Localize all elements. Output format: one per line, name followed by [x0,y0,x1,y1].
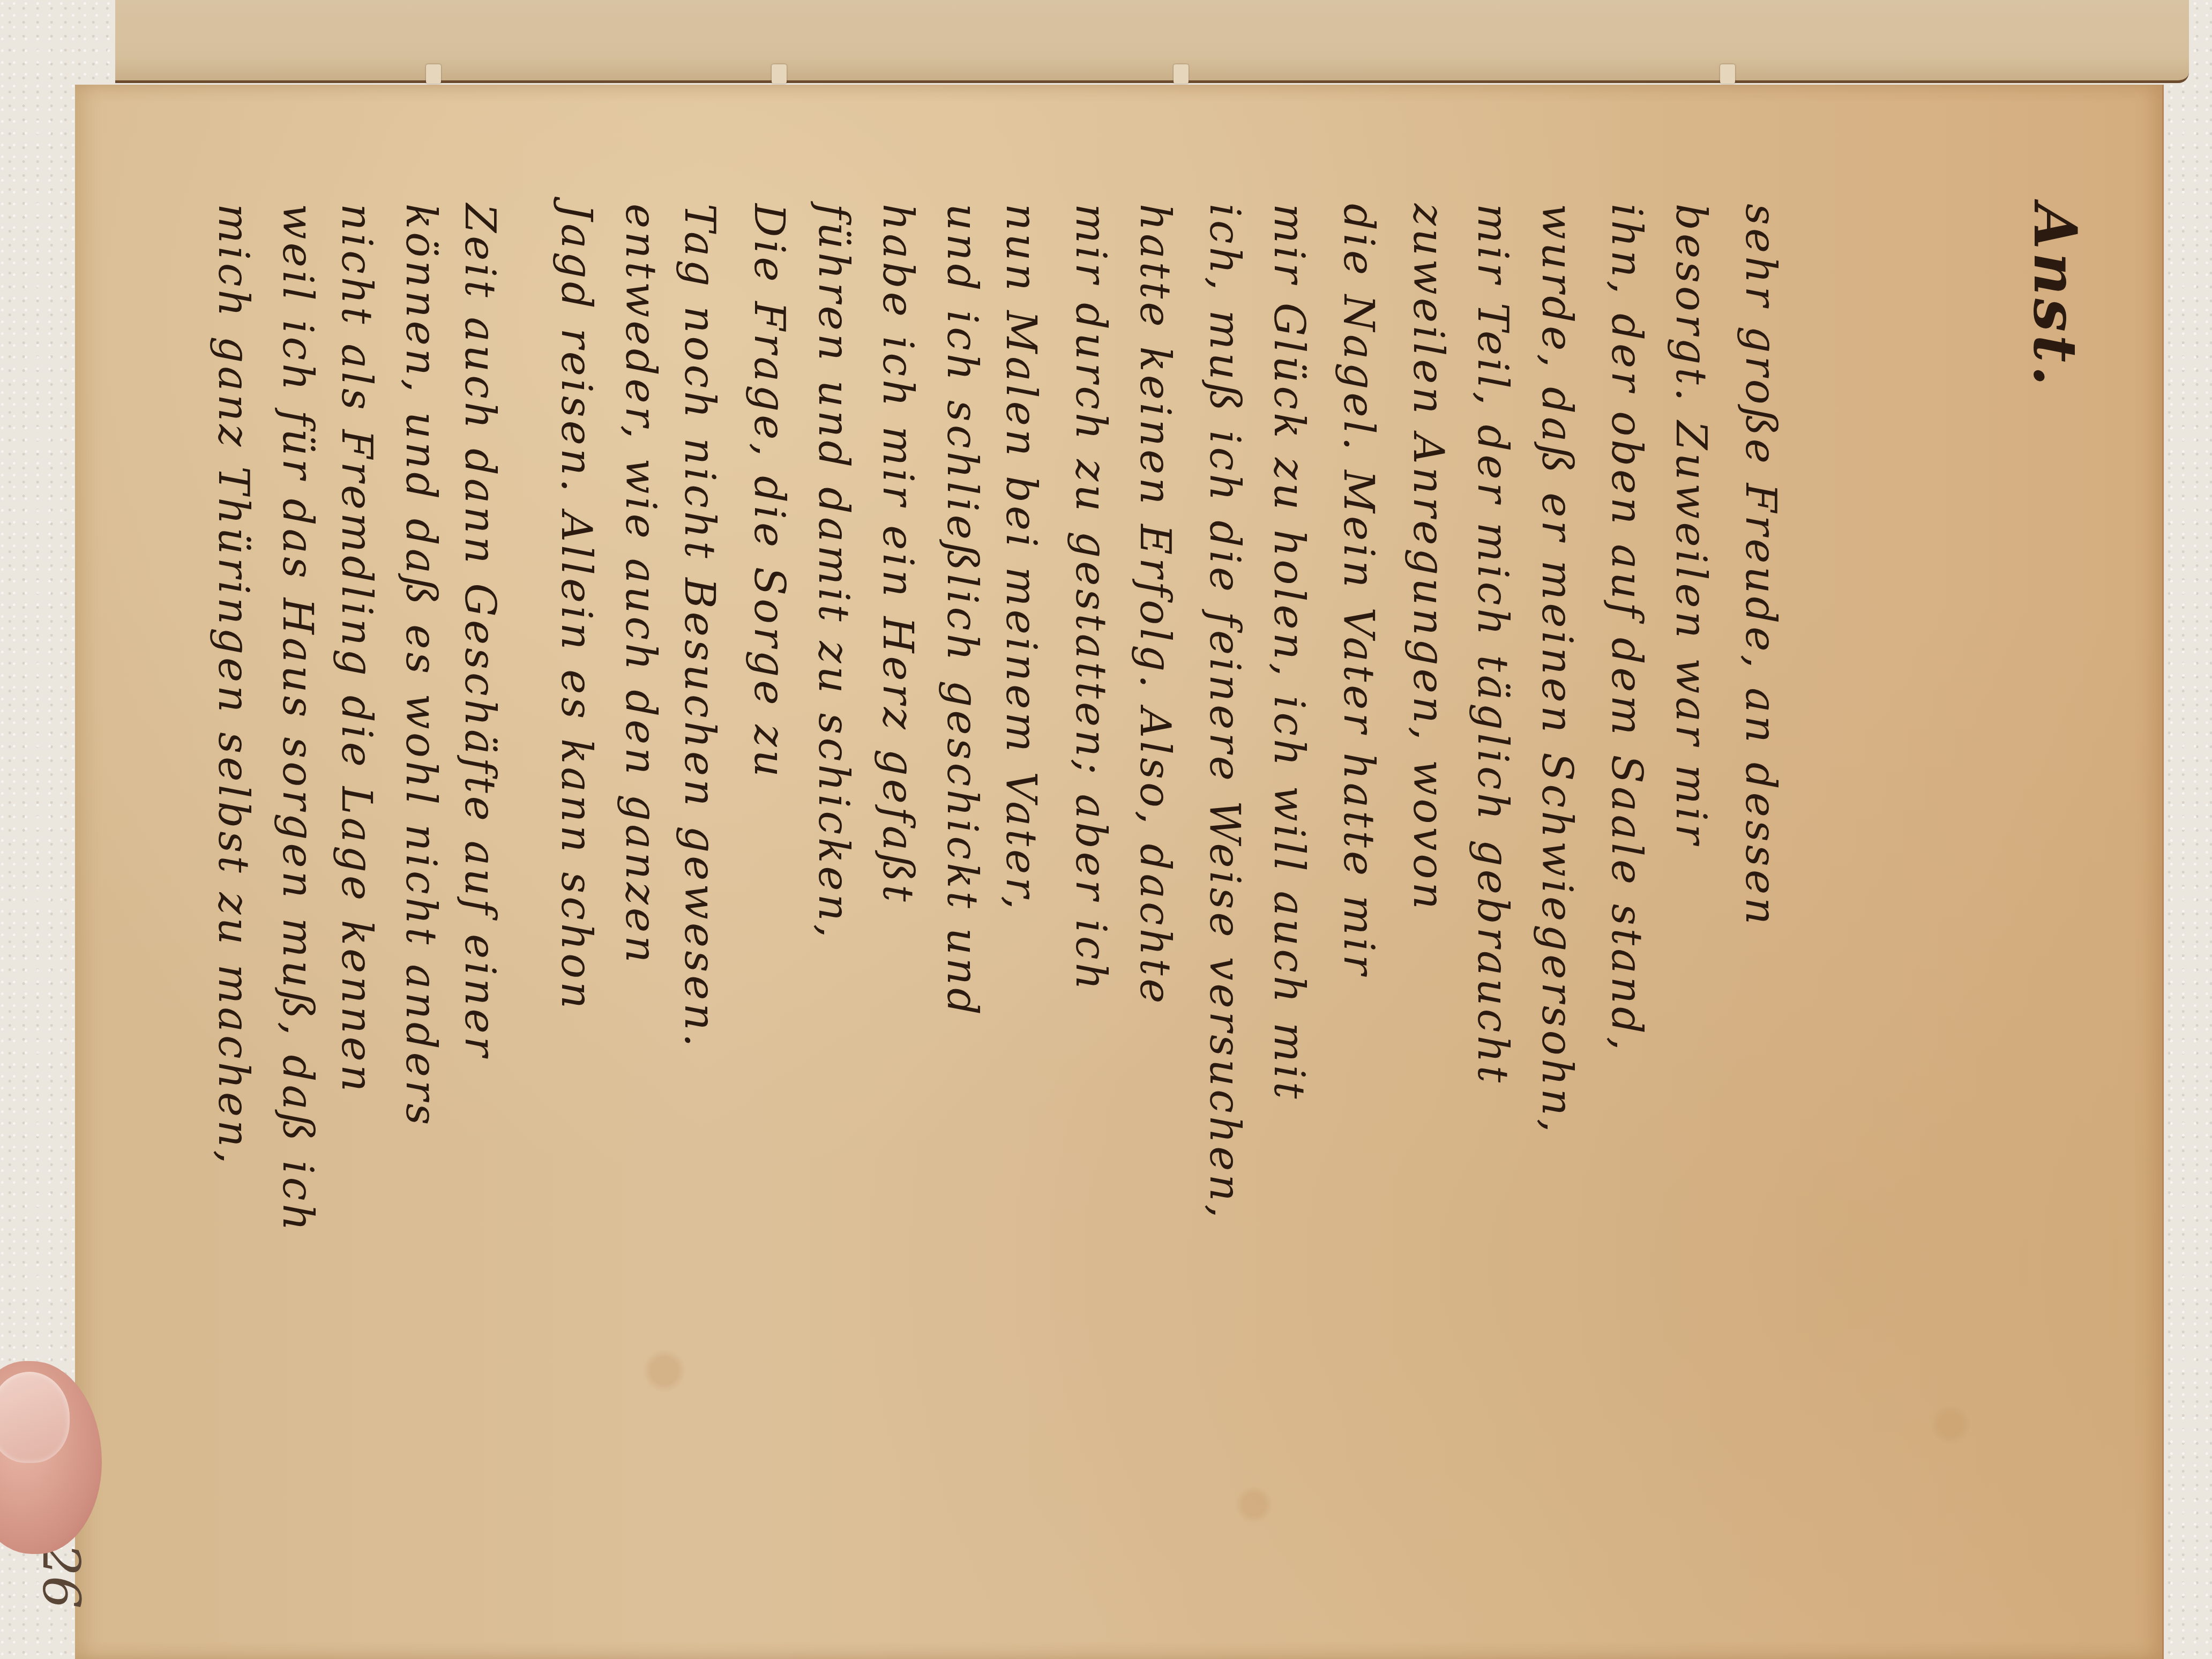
handwritten-line: hatte keinen Erfolg. Also, dachte [1131,204,1179,1006]
handwritten-line: mich ganz Thüringen selbst zu machen, [209,204,257,1167]
handwritten-line: können, und daß es wohl nicht anders [397,204,445,1128]
binding-stitch [1720,64,1735,84]
handwritten-line: wurde, daß er meinen Schwiegersohn, [1533,204,1581,1135]
handwritten-line: mir Teil, der mich täglich gebraucht [1468,204,1516,1086]
thumbnail-nail [0,1372,70,1463]
handwritten-line: und ich schließlich geschickt und [938,204,986,1018]
handwritten-line: Jagd reisen. Allein es kann schon [552,204,600,1012]
handwritten-line: mir Glück zu holen, ich will auch mit [1265,204,1313,1102]
handwritten-line: führen und damit zu schicken, [809,204,857,941]
handwritten-line: die Nagel. Mein Vater hatte mir [1334,204,1382,978]
manuscript-page [75,85,2164,1659]
handwritten-line: besorgt. Zuweilen war mir [1667,204,1715,847]
handwritten-line: Tag noch nicht Besuchen gewesen. [675,204,723,1050]
binding-stitch [1174,64,1189,84]
handwritten-line: habe ich mir ein Herz gefaßt [873,204,922,905]
handwritten-line: Zeit auch dann Geschäfte auf einer [455,204,504,1060]
handwritten-line: nun Malen bei meinem Vater, [997,204,1045,913]
handwritten-line: nicht als Fremdling die Lage kennen [332,204,380,1095]
handwritten-line: zuweilen Anregungen, wovon [1404,204,1452,913]
handwritten-line: ich, muß ich die feinere Weise versuchen… [1200,204,1249,1221]
facing-page-edge [115,0,2189,83]
handwritten-line: sehr große Freude, an dessen [1736,204,1784,928]
binding-stitch [426,64,441,84]
binding-stitch [772,64,787,84]
handwritten-line: Die Frage, die Sorge zu [745,204,793,780]
signature: Anst. [2021,204,2090,389]
handwritten-line: mir durch zu gestatten; aber ich [1066,204,1115,993]
handwritten-line: entweder, wie auch den ganzen [616,204,664,966]
handwritten-line: weil ich für das Haus sorgen muß, daß ic… [273,204,322,1234]
handwritten-line: ihn, der oben auf dem Saale stand, [1602,204,1650,1053]
